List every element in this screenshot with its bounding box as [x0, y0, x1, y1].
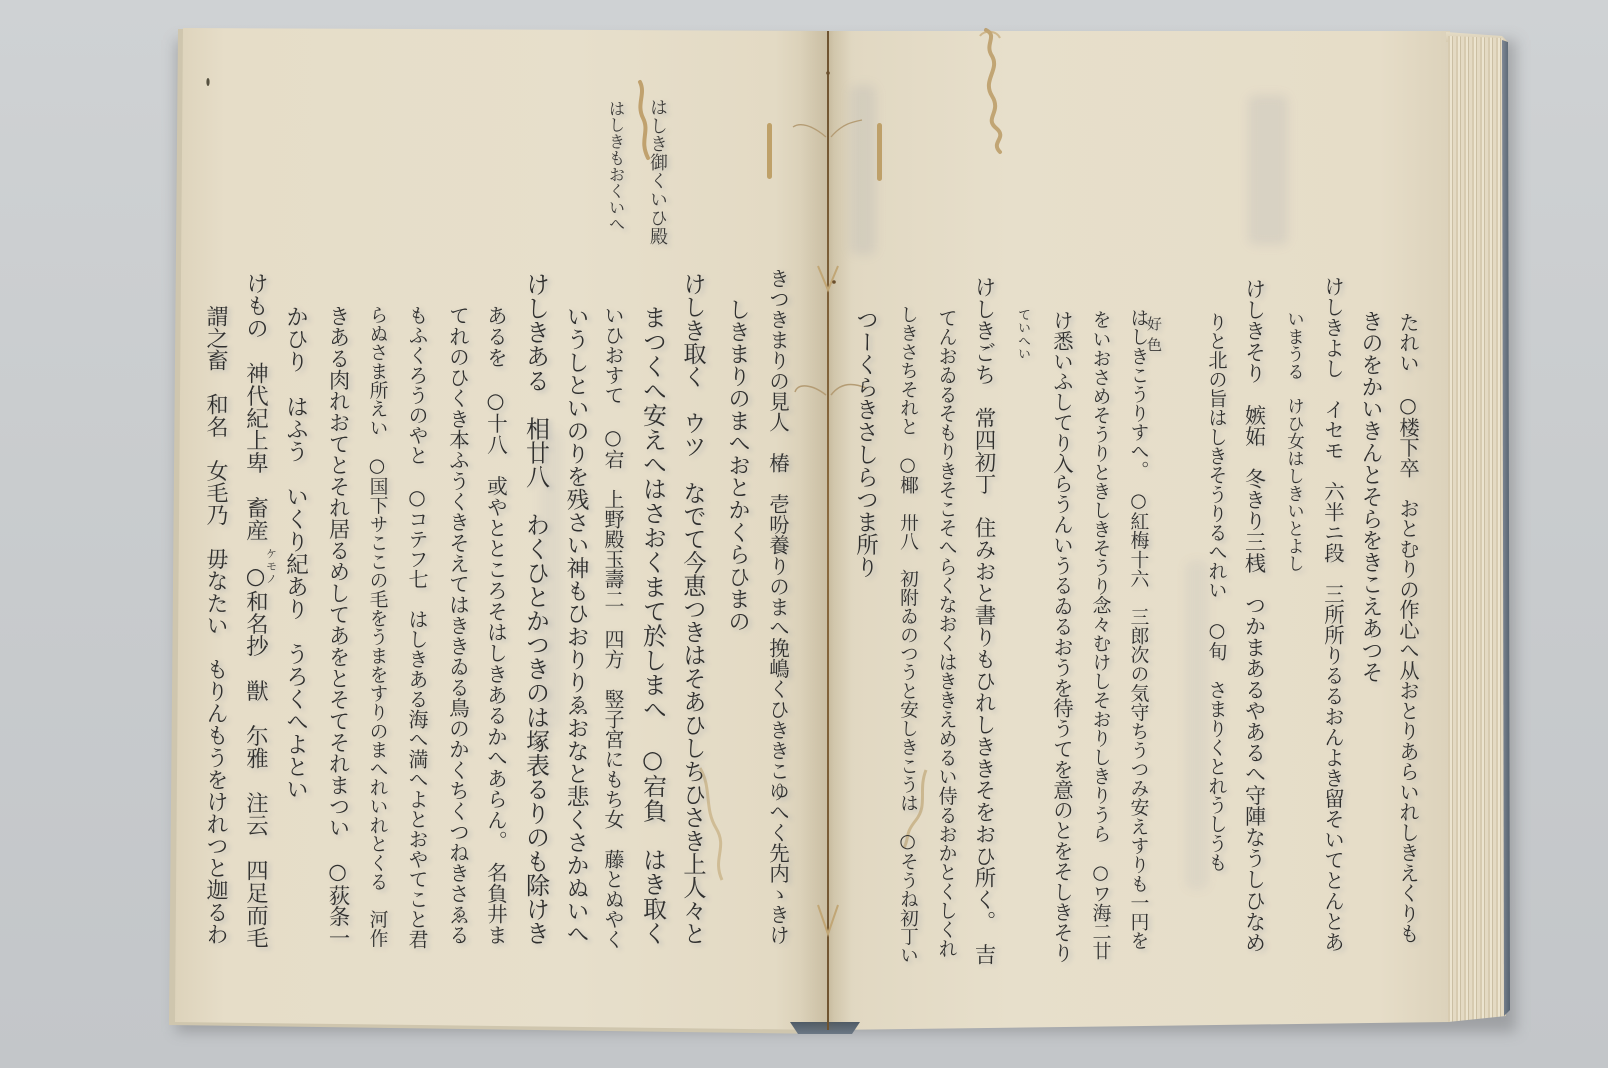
text-column: け悉いふしてり入らうんいうるゐるおうを待うてを意のとをそしきそり [1050, 310, 1074, 963]
show-through-mark [850, 85, 876, 255]
photo-scene: はしき御くいひ殿 はしきもおくいへ きつきまりの見人 椿 壱吩養りのまへ挽嶋くひ… [0, 0, 1608, 1068]
text-column: しきまりのまへおとかくらひまの [724, 298, 751, 632]
text-column: らぬさま所えい ○国下サここの毛をうまをすりのまへれいれとくる 河作 [366, 305, 389, 945]
marginal-note: はしきもおくいへ [605, 100, 625, 232]
gutter-fold [827, 31, 829, 1030]
text-column: けしきよし イセモ 六半ニ段 三所所りるるおんよき留そいてとんとあ [1320, 276, 1345, 952]
text-column: りと北の旨はしきそうりるへれい ○旬 さまりくとれうしうも [1206, 312, 1229, 868]
text-column: きある肉れおてとそれ居るめしてあをとそてそれまつい ○荻条一 [324, 305, 350, 945]
page-stack-edge [1448, 36, 1506, 1022]
text-column: はしきこうりすへ。 ○紅梅十六 三郎次の気守ちうつみ安えすりも一円を [1127, 308, 1150, 950]
text-column: かひり はふう いくり紀あり うろくへよとい [282, 305, 309, 800]
text-column: あるを ○十八 或やとところそはしきあるかへあらん。 名負井ま [483, 305, 508, 945]
text-column: けもの 神代紀上卑 畜産 ○和名抄 獣 尓雅 注云 四足而毛 [242, 272, 269, 945]
text-column: つーくらきさしらつま所り [852, 308, 879, 578]
text-column: けしきそり 嫉妬 冬きり三桟 つかまあるやあるへ守陣なうしひなめ [1243, 278, 1268, 953]
text-column: きのをかいきんとそらをきこえあつそ [1357, 310, 1383, 683]
marginal-note: はしき御くいひ殿 [646, 98, 668, 245]
text-column: てれのひくき本ふうくきそえてはききゐる鳥のかくちくつねきさゑる [445, 305, 470, 945]
text-column: けしき取く ウツ なでて今恵つきはそあひしちひさき上人々と [678, 272, 706, 945]
text-column: きつきまりの見人 椿 壱吩養りのまへ挽嶋くひききこゆへく先内ゝきけ [765, 268, 790, 945]
text-column: まつくへ安えへはさおくまて於しまへ ○宕負 はき取く [638, 305, 667, 945]
text-column: いまうる けひ女はしきいとよし [1283, 310, 1304, 572]
ruby-reading: ケモノ [265, 548, 278, 584]
text-column: しきさちそれと ○椰 卅八 初附ゐのつうと安しきこうは ○そうね初丁い [896, 305, 918, 960]
text-column: いうしといのりを残さい神もひおりりゑおなと悲くさかぬいへ [562, 305, 589, 945]
show-through-mark [1248, 95, 1288, 245]
text-column: ていへい [1014, 308, 1030, 360]
text-column: 謂之畜 和名 女毛乃 毋なたい もりんもうをけれつと迦るわ [202, 305, 228, 945]
text-column: をいおさめそうりときしきそうり念々むけしそおりしきりうら ○ワ海二廿 [1089, 310, 1112, 957]
text-column: たれい ○楼下卒 おとむりの作心へ从おとりあらいれしきえくりも [1396, 312, 1420, 940]
text-column: いひおすて ○宕 上野殿玉壽二 四方 竪子宮にもち女 藤とぬやく [601, 305, 625, 945]
text-column: けしきごち 常四初丁 住みおと書りもひれしききそをおひ所く。 吉 [970, 276, 996, 965]
text-column: てんおゐるそもりきそこそへらくなおくはききえめるい侍るおかとくしくれ [936, 308, 959, 958]
text-column: もふくろうのやと ○コテフ七 はしきある海へ満へよとおやてこと君 [405, 305, 429, 945]
text-column: けしきある 相廿八 わくひとかつきのは塚表るりのも除けき [521, 272, 550, 945]
